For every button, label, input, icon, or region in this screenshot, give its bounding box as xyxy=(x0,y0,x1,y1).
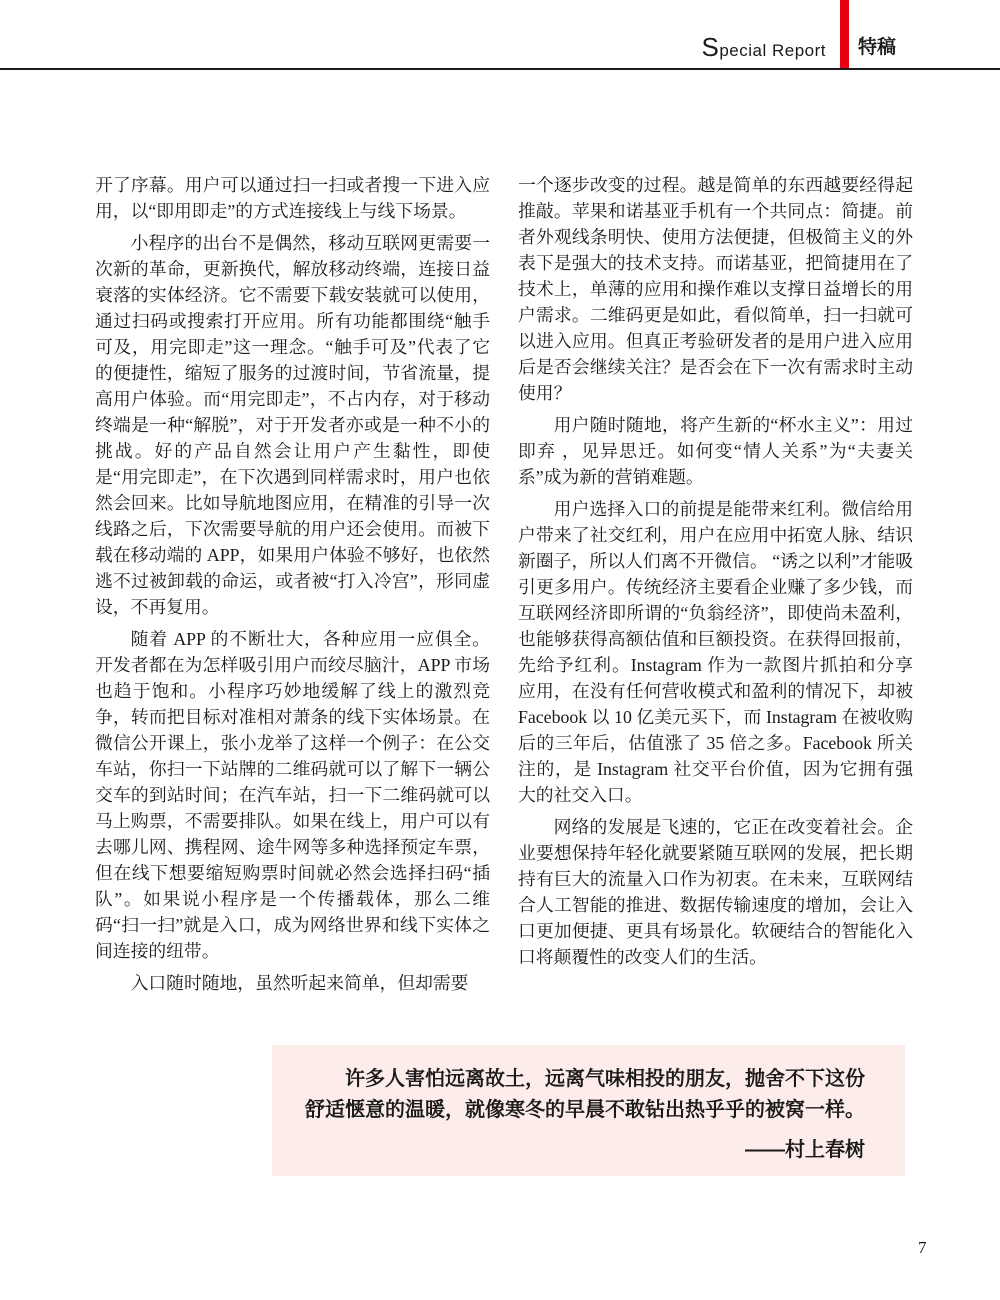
paragraph-continuation: 开了序幕。用户可以通过扫一扫或者搜一下进入应用，以“即用即走”的方式连接线上与线… xyxy=(95,172,490,224)
section-title-rest: pecial Report xyxy=(719,41,826,60)
right-column: 一个逐步改变的过程。越是简单的东西越要经得起推敲。苹果和诺基亚手机有一个共同点：… xyxy=(518,172,913,976)
left-column: 开了序幕。用户可以通过扫一扫或者搜一下进入应用，以“即用即走”的方式连接线上与线… xyxy=(95,172,490,1002)
paragraph: 入口随时随地，虽然听起来简单，但却需要 xyxy=(95,970,490,996)
section-title-initial: S xyxy=(701,32,719,62)
section-title-cn: 特稿 xyxy=(858,32,896,59)
paragraph-continuation: 一个逐步改变的过程。越是简单的东西越要经得起推敲。苹果和诺基亚手机有一个共同点：… xyxy=(518,172,913,406)
quote-text: 许多人害怕远离故土，远离气味相投的朋友，抛舍不下这份舒适惬意的温暖，就像寒冬的早… xyxy=(305,1064,865,1126)
quote-attribution: ——村上春树 xyxy=(305,1133,865,1162)
paragraph: 用户选择入口的前提是能带来红利。微信给用户带来了社交红利，用户在应用中拓宽人脉、… xyxy=(518,496,913,808)
red-accent-bar xyxy=(840,0,849,68)
magazine-page: Special Report 特稿 开了序幕。用户可以通过扫一扫或者搜一下进入应… xyxy=(0,0,1000,1300)
pull-quote-box: 许多人害怕远离故土，远离气味相投的朋友，抛舍不下这份舒适惬意的温暖，就像寒冬的早… xyxy=(272,1045,905,1176)
page-number: 7 xyxy=(918,1238,927,1258)
paragraph: 随着 APP 的不断壮大，各种应用一应俱全。开发者都在为怎样吸引用户而绞尽脑汁，… xyxy=(95,626,490,964)
page-header: Special Report 特稿 xyxy=(0,0,1000,70)
paragraph: 用户随时随地，将产生新的“杯水主义”：用过即弃 ，见异思迁。如何变“情人关系”为… xyxy=(518,412,913,490)
section-title-en: Special Report xyxy=(701,39,826,61)
paragraph: 网络的发展是飞速的，它正在改变着社会。企业要想保持年轻化就要紧随互联网的发展，把… xyxy=(518,814,913,970)
paragraph: 小程序的出台不是偶然，移动互联网更需要一次新的革命，更新换代，解放移动终端，连接… xyxy=(95,230,490,620)
